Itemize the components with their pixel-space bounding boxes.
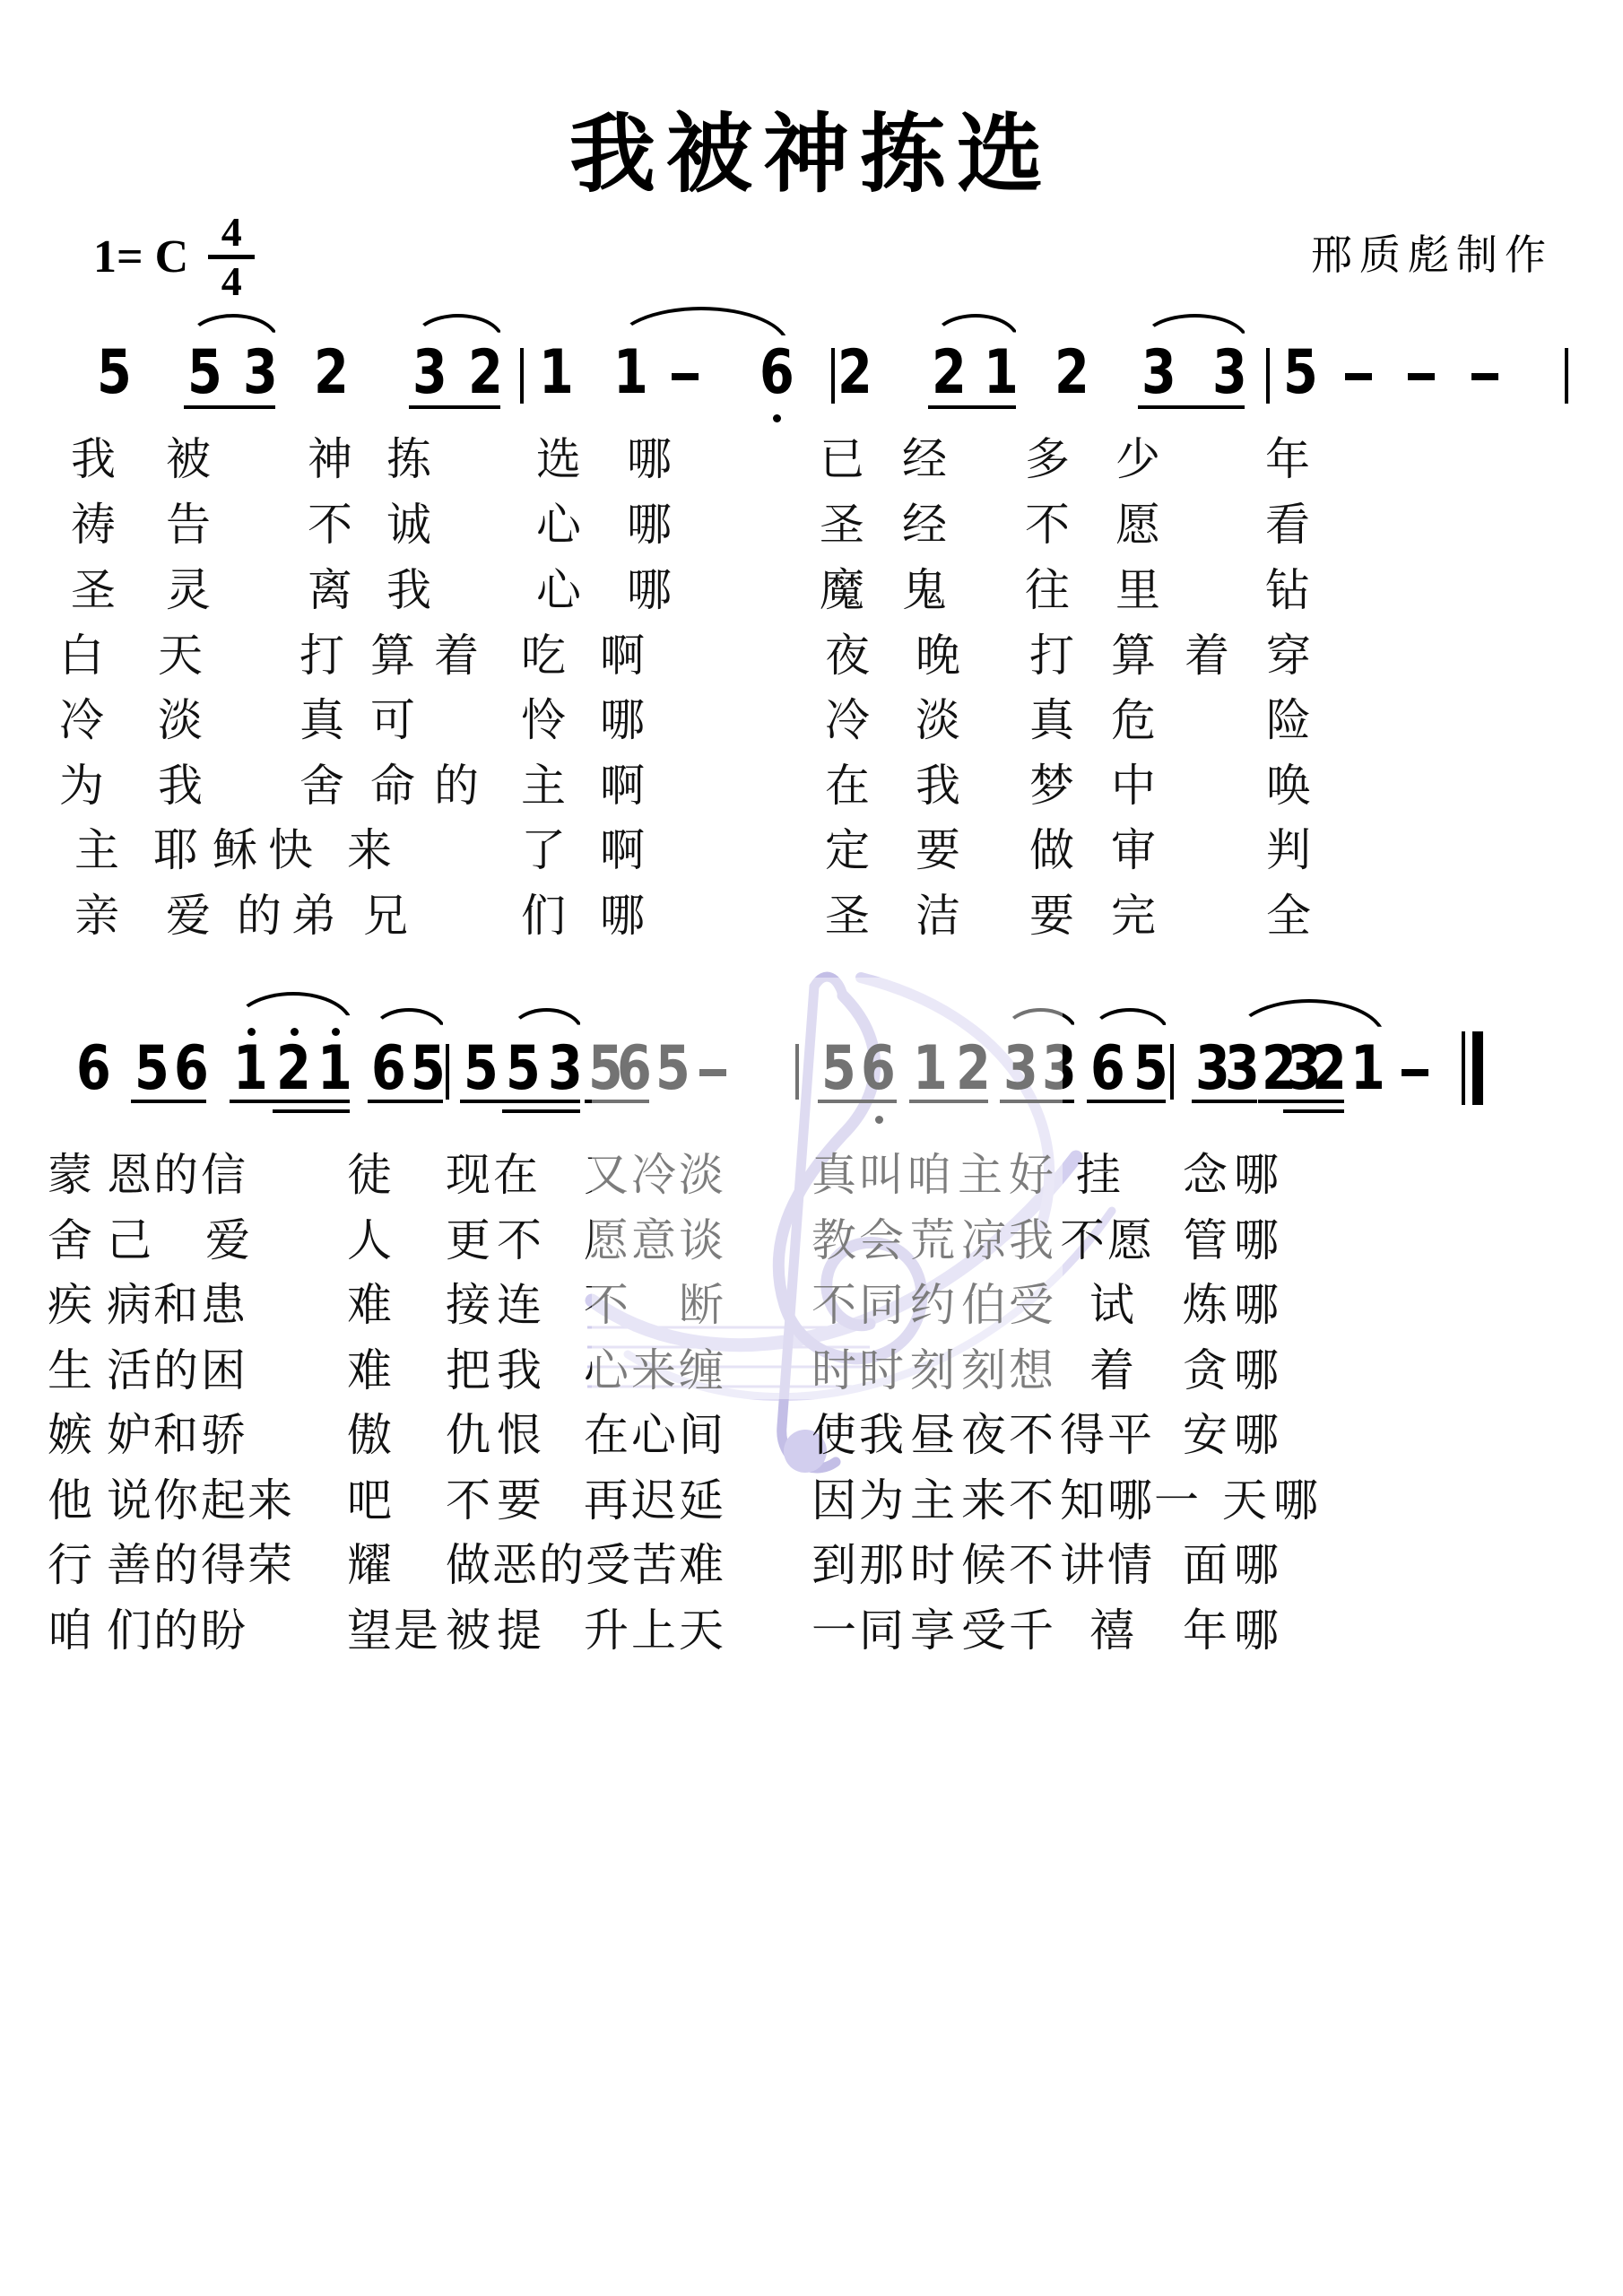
lyric-syllable: 主: [74, 828, 119, 873]
lyric-syllable: 年: [1183, 1608, 1228, 1653]
note: 2: [314, 343, 349, 404]
lyric-syllable: 被: [446, 1608, 490, 1653]
lyric-syllable: 的: [153, 1348, 198, 1393]
lyric-syllable: 嫉: [48, 1413, 92, 1457]
lyric-syllable: 望: [347, 1608, 392, 1653]
lyric-syllable: 哪: [1234, 1543, 1279, 1587]
lyric-syllable: 你: [153, 1478, 198, 1523]
lyric-syllable: 哪: [600, 698, 645, 743]
lyric-syllable: 恶: [492, 1543, 537, 1587]
lyric-syllable: 淡: [916, 698, 960, 743]
note: 3: [1003, 1039, 1038, 1100]
slur-arc: [412, 314, 504, 341]
beam-underline: [585, 1100, 649, 1103]
lyric-syllable: 爱: [166, 893, 211, 938]
lyric-syllable: 荒: [910, 1218, 955, 1263]
lyric-syllable: 哪: [1273, 1478, 1318, 1523]
lyric-syllable: 定: [825, 828, 870, 873]
lyric-syllable: 不: [1009, 1543, 1054, 1587]
lyric-syllable: 断: [679, 1283, 724, 1327]
note: 5: [1133, 1039, 1168, 1100]
lyric-syllable: 咱: [48, 1608, 92, 1653]
lyric-syllable: 做: [446, 1543, 490, 1587]
beam-underline: [909, 1100, 988, 1103]
lyric-syllable: 在: [825, 763, 870, 808]
lyric-syllable: 哪: [627, 502, 672, 547]
note: 5: [135, 1039, 169, 1100]
lyric-syllable: 谈: [679, 1218, 724, 1263]
lyric-syllable: 千: [1009, 1608, 1054, 1653]
lyric-syllable: 选: [536, 437, 581, 482]
slur-arc: [1233, 999, 1385, 1039]
lyric-syllable: 不: [1009, 1413, 1054, 1457]
lyric-syllable: 愿: [584, 1218, 629, 1263]
lyric-syllable: 昼: [910, 1413, 955, 1457]
beam-underline: [1283, 1109, 1344, 1113]
lyric-syllable: 使: [811, 1413, 856, 1457]
lyric-syllable: 又: [584, 1152, 629, 1197]
dash-rest: [699, 1069, 726, 1076]
lyric-syllable: 唤: [1266, 763, 1311, 808]
lyric-syllable: 生: [48, 1348, 92, 1393]
lyric-syllable: 约: [910, 1283, 955, 1327]
octave-dot: [875, 1116, 883, 1124]
lyric-syllable: 哪: [627, 568, 672, 613]
note: 5: [187, 343, 222, 404]
lyric-syllable: 穿: [1266, 633, 1311, 678]
dash-rest: [1408, 373, 1435, 380]
lyric-syllable: 同: [859, 1608, 904, 1653]
lyric-syllable: 想: [1009, 1348, 1054, 1393]
lyric-syllable: 的: [153, 1543, 198, 1587]
lyric-syllable: 全: [1266, 893, 1311, 938]
octave-dot: [332, 1028, 340, 1036]
lyric-syllable: 管: [1183, 1218, 1228, 1263]
lyric-syllable: 耀: [347, 1543, 392, 1587]
lyric-syllable: 现: [446, 1152, 490, 1197]
beam-underline: [460, 1100, 580, 1103]
note: 3: [1042, 1039, 1077, 1100]
note: 1: [317, 1039, 352, 1100]
lyric-syllable: 拣: [386, 437, 431, 482]
lyric-syllable: 冷: [825, 698, 870, 743]
lyric-syllable: 哪: [1234, 1152, 1279, 1197]
lyric-syllable: 心: [536, 568, 581, 613]
lyric-syllable: 时: [859, 1348, 904, 1393]
lyric-syllable: 升: [584, 1608, 629, 1653]
lyric-syllable: 不: [446, 1478, 490, 1523]
note: 6: [371, 1039, 406, 1100]
lyric-syllable: 洁: [916, 893, 960, 938]
lyric-syllable: 在: [584, 1413, 629, 1457]
lyric-syllable: 延: [679, 1478, 724, 1523]
lyric-syllable: 知: [1060, 1478, 1105, 1523]
note: 3: [1141, 343, 1176, 404]
lyric-syllable: 信: [201, 1152, 246, 1197]
octave-dot: [291, 1028, 299, 1036]
lyric-syllable: 中: [1111, 763, 1156, 808]
notation-area: 5532321162212335我被神拣选哪已经多少年祷告不诚心哪圣经不愿看圣灵…: [0, 0, 1623, 2296]
lyric-syllable: 来: [347, 828, 392, 873]
lyric-syllable: 刻: [910, 1348, 955, 1393]
lyric-syllable: 吧: [347, 1478, 392, 1523]
lyric-syllable: 受: [586, 1543, 630, 1587]
lyric-syllable: 来: [247, 1478, 292, 1523]
lyric-syllable: 淡: [158, 698, 203, 743]
lyric-syllable: 不: [584, 1283, 629, 1327]
lyric-syllable: 冷: [631, 1152, 676, 1197]
lyric-syllable: 要: [497, 1478, 542, 1523]
barline: [1565, 348, 1568, 404]
lyric-syllable: 恩: [107, 1152, 152, 1197]
note: 5: [821, 1039, 856, 1100]
lyric-syllable: 爱: [205, 1218, 250, 1263]
lyric-syllable: 的: [153, 1152, 198, 1197]
note: 5: [655, 1039, 690, 1100]
note: 3: [243, 343, 278, 404]
lyric-syllable: 念: [1183, 1152, 1228, 1197]
lyric-syllable: 傲: [347, 1413, 392, 1457]
lyric-syllable: 哪: [1107, 1478, 1152, 1523]
lyric-syllable: 里: [1115, 568, 1160, 613]
lyric-syllable: 难: [347, 1348, 392, 1393]
lyric-syllable: 不: [1060, 1218, 1105, 1263]
octave-dot: [247, 1028, 256, 1036]
lyric-syllable: 的: [153, 1608, 198, 1653]
lyric-syllable: 提: [497, 1608, 542, 1653]
lyric-syllable: 人: [347, 1218, 392, 1263]
lyric-syllable: 我: [71, 437, 116, 482]
lyric-syllable: 险: [1266, 698, 1311, 743]
note: 3: [1225, 1039, 1260, 1100]
lyric-syllable: 不: [811, 1283, 856, 1327]
lyric-syllable: 被: [166, 437, 211, 482]
note: 3: [412, 343, 447, 404]
lyric-syllable: 要: [1029, 893, 1074, 938]
lyric-syllable: 时: [910, 1543, 955, 1587]
lyric-syllable: 徒: [347, 1152, 392, 1197]
lyric-syllable: 舍: [48, 1218, 92, 1263]
lyric-syllable: 我: [1009, 1218, 1054, 1263]
lyric-syllable: 疾: [48, 1283, 92, 1327]
lyric-syllable: 冷: [59, 698, 104, 743]
lyric-syllable: 难: [679, 1543, 724, 1587]
barline: [831, 348, 835, 404]
lyric-syllable: 快: [268, 828, 313, 873]
beam-underline: [502, 1109, 580, 1113]
lyric-syllable: 了: [521, 828, 566, 873]
lyric-syllable: 苦: [632, 1543, 677, 1587]
lyric-syllable: 好: [1009, 1152, 1054, 1197]
lyric-syllable: 夜: [961, 1413, 1006, 1457]
beam-underline: [131, 1100, 206, 1103]
lyric-syllable: 灵: [166, 568, 211, 613]
lyric-syllable: 圣: [825, 893, 870, 938]
slur-arc: [1141, 314, 1248, 341]
lyric-syllable: 我: [859, 1413, 904, 1457]
lyric-syllable: 啊: [600, 828, 645, 873]
beam-underline: [1000, 1100, 1074, 1103]
lyric-syllable: 主: [958, 1152, 1002, 1197]
lyric-syllable: 会: [859, 1218, 904, 1263]
lyric-syllable: 得: [201, 1543, 246, 1587]
note: 2: [838, 343, 872, 404]
lyric-syllable: 咱: [907, 1152, 951, 1197]
lyric-syllable: 妒: [107, 1413, 152, 1457]
lyric-syllable: 己: [107, 1218, 152, 1263]
lyric-syllable: 心: [631, 1413, 676, 1457]
slur-arc: [371, 1008, 447, 1033]
lyric-syllable: 真: [1029, 698, 1074, 743]
lyric-syllable: 来: [631, 1348, 676, 1393]
barline: [1170, 1044, 1174, 1100]
lyric-syllable: 蒙: [48, 1152, 92, 1197]
note: 1: [539, 343, 574, 404]
lyric-syllable: 审: [1111, 828, 1156, 873]
lyric-syllable: 算: [370, 633, 415, 678]
lyric-syllable: 善: [107, 1543, 152, 1587]
note: 2: [276, 1039, 311, 1100]
note: 5: [464, 1039, 499, 1100]
lyric-syllable: 迟: [631, 1478, 676, 1523]
slur-arc: [233, 992, 353, 1026]
lyric-syllable: 再: [584, 1478, 629, 1523]
lyric-syllable: 弟: [291, 893, 336, 938]
lyric-syllable: 魔: [820, 568, 864, 613]
lyric-syllable: 我: [158, 763, 203, 808]
lyric-syllable: 仇: [446, 1413, 490, 1457]
note: 3: [1212, 343, 1247, 404]
lyric-syllable: 怜: [521, 698, 566, 743]
lyric-syllable: 哪: [1234, 1218, 1279, 1263]
note: 2: [932, 343, 967, 404]
lyric-syllable: 打: [1029, 633, 1074, 678]
lyric-syllable: 受: [961, 1608, 1006, 1653]
lyric-syllable: 我: [386, 568, 431, 613]
lyric-syllable: 我: [497, 1348, 542, 1393]
lyric-syllable: 连: [497, 1283, 542, 1327]
lyric-syllable: 哪: [1234, 1608, 1279, 1653]
lyric-syllable: 们: [107, 1608, 152, 1653]
lyric-syllable: 梦: [1029, 763, 1074, 808]
lyric-syllable: 试: [1089, 1283, 1134, 1327]
lyric-syllable: 着: [1089, 1348, 1134, 1393]
barline: [446, 1044, 449, 1100]
lyric-syllable: 啊: [600, 763, 645, 808]
lyric-syllable: 的: [237, 893, 282, 938]
lyric-syllable: 晚: [916, 633, 960, 678]
lyric-syllable: 哪: [1234, 1348, 1279, 1393]
lyric-syllable: 受: [1009, 1283, 1054, 1327]
lyric-syllable: 啊: [600, 633, 645, 678]
lyric-syllable: 骄: [201, 1413, 246, 1457]
lyric-syllable: 哪: [600, 893, 645, 938]
lyric-syllable: 祷: [71, 502, 116, 547]
beam-underline: [184, 405, 275, 409]
lyric-syllable: 兄: [363, 893, 408, 938]
note: 3: [548, 1039, 583, 1100]
lyric-syllable: 候: [961, 1543, 1006, 1587]
lyric-syllable: 危: [1111, 698, 1156, 743]
lyric-syllable: 多: [1025, 437, 1070, 482]
sheet-music-page: 我被神拣选 1= C 4 4 邢质彪制作 5532321162212335我被神…: [0, 0, 1623, 2296]
note: 2: [1055, 343, 1089, 404]
lyric-syllable: 淡: [679, 1152, 724, 1197]
lyric-syllable: 圣: [71, 568, 116, 613]
lyric-syllable: 诚: [386, 502, 431, 547]
lyric-syllable: 往: [1025, 568, 1070, 613]
lyric-syllable: 主: [910, 1478, 955, 1523]
lyric-syllable: 讲: [1060, 1543, 1105, 1587]
lyric-syllable: 天: [158, 633, 203, 678]
lyric-syllable: 圣: [820, 502, 864, 547]
lyric-syllable: 少: [1115, 437, 1160, 482]
note: 1: [1350, 1039, 1385, 1100]
beam-underline: [409, 405, 500, 409]
lyric-syllable: 为: [859, 1478, 904, 1523]
lyric-syllable: 不: [1025, 502, 1070, 547]
lyric-syllable: 为: [59, 763, 104, 808]
lyric-syllable: 困: [201, 1348, 246, 1393]
dash-rest: [1402, 1069, 1428, 1076]
lyric-syllable: 完: [1111, 893, 1156, 938]
beam-underline: [1258, 1100, 1344, 1103]
lyric-syllable: 安: [1183, 1413, 1228, 1457]
lyric-syllable: 不: [308, 502, 352, 547]
barline: [1266, 348, 1270, 404]
lyric-syllable: 禧: [1089, 1608, 1134, 1653]
lyric-syllable: 情: [1107, 1543, 1152, 1587]
lyric-syllable: 天: [679, 1608, 724, 1653]
lyric-syllable: 稣: [213, 828, 257, 873]
lyric-syllable: 享: [910, 1608, 955, 1653]
lyric-syllable: 来: [961, 1478, 1006, 1523]
lyric-syllable: 着: [434, 633, 479, 678]
beam-underline: [230, 1100, 350, 1103]
lyric-syllable: 同: [859, 1283, 904, 1327]
lyric-syllable: 愿: [1107, 1218, 1152, 1263]
lyric-syllable: 盼: [201, 1608, 246, 1653]
lyric-syllable: 凉: [961, 1218, 1006, 1263]
lyric-syllable: 的: [539, 1543, 584, 1587]
lyric-syllable: 起: [201, 1478, 246, 1523]
lyric-syllable: 已: [820, 437, 864, 482]
final-barline-thin: [1462, 1031, 1465, 1105]
lyric-syllable: 夜: [825, 633, 870, 678]
note: 1: [233, 1039, 268, 1100]
lyric-syllable: 一: [1154, 1478, 1199, 1523]
lyric-syllable: 活: [107, 1348, 152, 1393]
lyric-syllable: 因: [811, 1478, 856, 1523]
slur-arc: [613, 307, 789, 346]
lyric-syllable: 哪: [1234, 1413, 1279, 1457]
beam-underline: [273, 1109, 350, 1113]
lyric-syllable: 们: [521, 893, 566, 938]
lyric-syllable: 伯: [961, 1283, 1006, 1327]
lyric-syllable: 判: [1266, 828, 1311, 873]
lyric-syllable: 告: [166, 502, 211, 547]
barline: [520, 348, 524, 404]
dash-rest: [672, 373, 699, 380]
lyric-syllable: 把: [446, 1348, 490, 1393]
lyric-syllable: 恨: [497, 1413, 542, 1457]
lyric-syllable: 接: [446, 1283, 490, 1327]
lyric-syllable: 教: [811, 1218, 856, 1263]
lyric-syllable: 看: [1265, 502, 1310, 547]
beam-underline: [928, 405, 1016, 409]
octave-dot: [773, 414, 781, 422]
lyric-syllable: 不: [1009, 1478, 1054, 1523]
lyric-syllable: 命: [370, 763, 415, 808]
lyric-syllable: 我: [916, 763, 960, 808]
lyric-syllable: 钻: [1265, 568, 1310, 613]
lyric-syllable: 亲: [74, 893, 119, 938]
lyric-syllable: 那: [859, 1543, 904, 1587]
lyric-syllable: 离: [308, 568, 352, 613]
lyric-syllable: 要: [916, 828, 960, 873]
lyric-syllable: 鬼: [902, 568, 947, 613]
lyric-syllable: 算: [1111, 633, 1156, 678]
note: 1: [913, 1039, 948, 1100]
note: 2: [956, 1039, 991, 1100]
lyric-syllable: 得: [1060, 1413, 1105, 1457]
slur-arc: [1090, 1008, 1169, 1033]
lyric-syllable: 经: [902, 437, 947, 482]
note: 2: [468, 343, 503, 404]
lyric-syllable: 白: [59, 633, 104, 678]
beam-underline: [1138, 405, 1245, 409]
beam-underline: [368, 1100, 443, 1103]
note: 5: [411, 1039, 446, 1100]
dash-rest: [1345, 373, 1372, 380]
barline: [795, 1044, 799, 1100]
beam-underline: [818, 1100, 897, 1103]
lyric-syllable: 神: [308, 437, 352, 482]
slur-arc: [187, 314, 279, 341]
lyric-syllable: 患: [201, 1283, 246, 1327]
slur-arc: [509, 1008, 584, 1033]
lyric-syllable: 时: [811, 1348, 856, 1393]
lyric-syllable: 平: [1107, 1413, 1152, 1457]
lyric-syllable: 行: [48, 1543, 92, 1587]
lyric-syllable: 刻: [961, 1348, 1006, 1393]
slur-arc: [1003, 1008, 1078, 1033]
note: 5: [1283, 343, 1318, 404]
lyric-syllable: 在: [493, 1152, 538, 1197]
lyric-syllable: 和: [153, 1283, 198, 1327]
lyric-syllable: 做: [1029, 828, 1074, 873]
lyric-syllable: 是: [394, 1608, 438, 1653]
lyric-syllable: 一: [811, 1608, 856, 1653]
lyric-syllable: 贪: [1183, 1348, 1228, 1393]
final-barline-thick: [1472, 1031, 1483, 1105]
lyric-syllable: 更: [446, 1218, 490, 1263]
lyric-syllable: 说: [107, 1478, 152, 1523]
lyric-syllable: 舍: [299, 763, 344, 808]
lyric-syllable: 到: [811, 1543, 856, 1587]
lyric-syllable: 心: [536, 502, 581, 547]
lyric-syllable: 耶: [153, 828, 198, 873]
lyric-syllable: 可: [370, 698, 415, 743]
lyric-syllable: 心: [584, 1348, 629, 1393]
beam-underline: [1192, 1100, 1257, 1103]
lyric-syllable: 吃: [521, 633, 566, 678]
note: 6: [1090, 1039, 1125, 1100]
lyric-syllable: 真: [299, 698, 344, 743]
lyric-syllable: 主: [521, 763, 566, 808]
lyric-syllable: 愿: [1115, 502, 1160, 547]
lyric-syllable: 面: [1183, 1543, 1228, 1587]
